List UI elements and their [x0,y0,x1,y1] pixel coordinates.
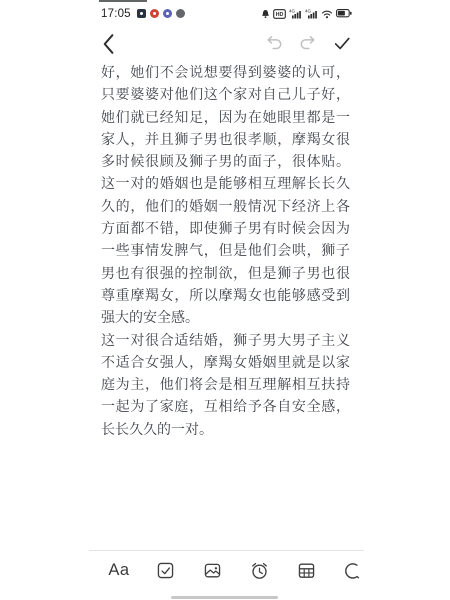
undo-button[interactable] [264,33,284,53]
table-icon [296,560,317,581]
confirm-button[interactable] [332,33,352,53]
image-icon [202,560,223,581]
notification-app-icon-gray [176,9,185,18]
toolbar-divider [89,550,364,551]
confirm-check-icon [332,33,352,53]
signal-4g-icon: 4G [289,8,302,19]
redo-icon [298,33,318,53]
text-line: 她们就已经知足，因为在她眼里都是一 [101,106,350,128]
svg-text:4G: 4G [289,9,296,14]
text-line: 强大的安全感。 [101,306,350,328]
text-line: 这一对的婚姻也是能够相互理解长长久 [101,172,350,194]
redo-button[interactable] [298,33,318,53]
font-style-button[interactable]: Aa [107,558,131,582]
insert-table-button[interactable] [294,558,318,582]
text-line: 尊重摩羯女，所以摩羯女也能够感受到 [101,284,350,306]
checklist-button[interactable] [154,558,178,582]
hd-label: HD [276,12,284,18]
battery-icon [336,9,352,18]
text-line: 男也有很强的控制欲，但是狮子男也很 [101,262,350,284]
screen-edge-artifact [99,0,147,2]
text-line: 好，她们不会说想要得到婆婆的认可， [101,61,350,83]
text-line: 久的，他们的婚姻一般情况下经济上各 [101,195,350,217]
text-line: 只要婆婆对他们这个家对自己儿子好， [101,83,350,105]
back-button[interactable] [101,33,115,55]
text-line: 多时候很顾及狮子男的面子，很体贴。 [101,150,350,172]
home-indicator[interactable] [171,596,278,600]
note-body[interactable]: 好，她们不会说想要得到婆婆的认可，只要婆婆对他们这个家对自己儿子好，她们就已经知… [101,61,350,440]
text-line: 长长久久的一对。 [101,418,350,440]
status-icons: HD 4G 4G [261,8,352,19]
undo-icon [264,33,284,53]
svg-text:4G: 4G [305,9,312,14]
signal-4g-icon: 4G [305,8,318,19]
hd-volte-icon: HD [273,9,286,19]
notification-app-icon-indigo [163,9,172,18]
text-line: 这一对很合适结婚，狮子男大男子主义 [101,329,350,351]
status-bar: 17:05 HD 4G [83,5,367,22]
crescent-tool-button[interactable] [341,558,365,582]
editor-toolbar: Aa [107,557,365,583]
text-line: 庭为主，他们将会是相互理解相互扶持 [101,373,350,395]
text-line: 不适合女强人，摩羯女婚姻里就是以家 [101,351,350,373]
notification-app-icon-dark [137,9,146,18]
text-line: 一些事情发脾气，但是他们会哄，狮子 [101,239,350,261]
screenshot-canvas: 17:05 HD 4G [0,0,450,600]
checkbox-icon [155,560,176,581]
text-line: 家人，并且狮子男也很孝顺，摩羯女很 [101,128,350,150]
alarm-clock-icon [249,560,270,581]
editor-nav-bar [83,30,367,58]
crescent-icon [342,560,363,581]
reminder-button[interactable] [247,558,271,582]
notes-app-screen: 17:05 HD 4G [83,0,367,600]
clock-time: 17:05 [101,8,131,20]
font-style-icon: Aa [108,561,129,580]
mute-icon [261,9,270,19]
text-line: 一起为了家庭，互相给予各自安全感， [101,395,350,417]
insert-image-button[interactable] [201,558,225,582]
back-chevron-icon [101,33,115,55]
wifi-icon [321,9,333,19]
notification-app-icon-red [150,9,159,18]
text-line: 方面都不错，即使狮子男有时候会因为 [101,217,350,239]
notification-icons [137,9,185,18]
